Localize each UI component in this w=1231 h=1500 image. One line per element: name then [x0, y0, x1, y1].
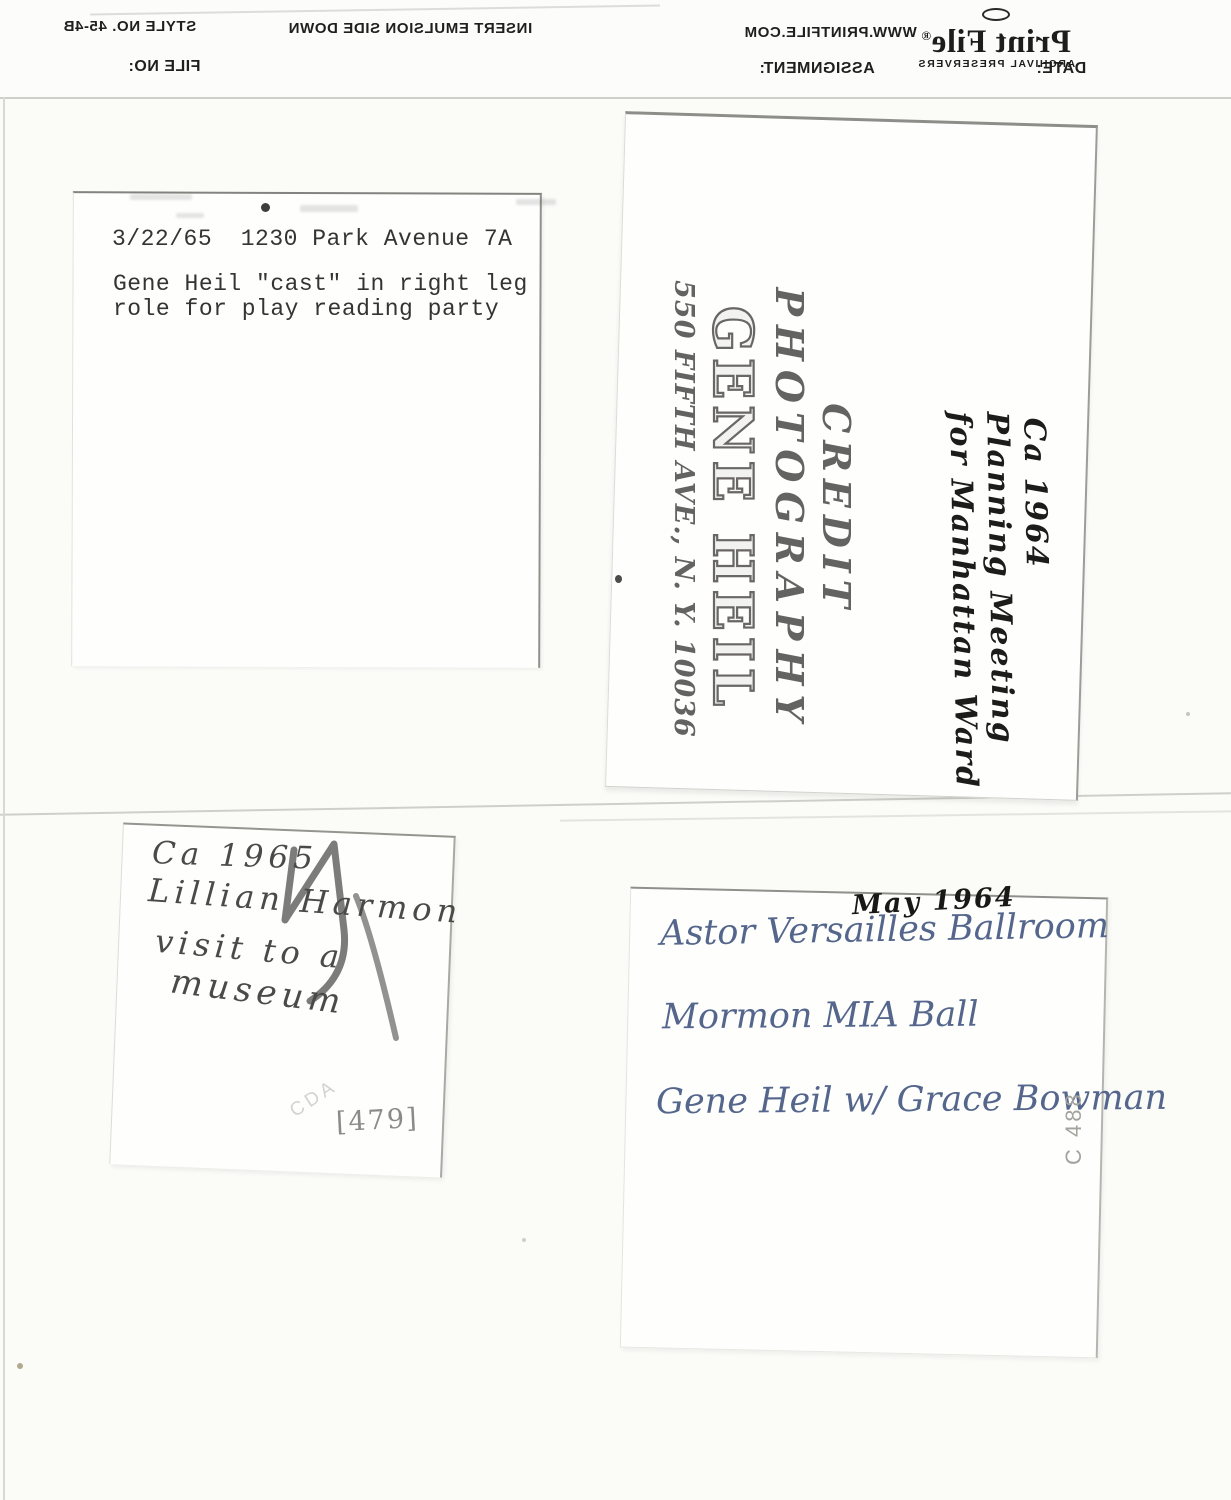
ghost-smudge [130, 194, 192, 200]
catalog-code: C 488 [1061, 1073, 1087, 1165]
printfile-logo: Print File® ARCHIVAL PRESERVERS [905, 8, 1087, 70]
catalog-number: [479] [335, 1103, 419, 1138]
typewritten-caption-line: role for play reading party [113, 296, 499, 322]
assignment-label: ASSIGNMENT: [759, 60, 875, 78]
stamp-line-address: 550 FIFTH AVE., N. Y. 10036 [665, 279, 701, 739]
punch-dot [261, 203, 270, 212]
ghost-smudge [300, 205, 358, 212]
ghost-smudge [516, 199, 556, 205]
seam-flap-bottom [0, 97, 1231, 99]
typewritten-caption-line: Gene Heil "cast" in right leg [113, 271, 528, 297]
seam-middle-secondary [560, 810, 1231, 821]
page-left-edge [3, 97, 5, 1500]
registered-mark-icon: ® [921, 28, 931, 43]
credit-stamp: CREDIT PHOTOGRAPHY GENE HEIL 550 FIFTH A… [665, 279, 859, 739]
note-line: Mormon MIA Ball [662, 995, 979, 1038]
website-url: WWW.PRINTFILE.COM [744, 24, 917, 41]
stamp-line-credit: CREDIT [813, 279, 859, 739]
paper-speck [17, 1363, 23, 1369]
paper-speck [522, 1238, 526, 1242]
sleeve-flap: STYLE NO. 45-4B FILE NO: INSERT EMULSION… [0, 0, 1231, 97]
photo-card-top-left [71, 191, 542, 668]
stamp-line-photography: PHOTOGRAPHY [765, 279, 813, 739]
ghost-smudge [176, 213, 204, 218]
note-line: Ca 1964 [1015, 417, 1059, 792]
note-line: Gene Heil w/ Grace Bowman [656, 1078, 1167, 1122]
logo-oval-icon [982, 8, 1010, 21]
typewritten-caption-line: 3/22/65 1230 Park Avenue 7A [112, 226, 512, 252]
ink-blot [615, 575, 622, 583]
scribble-mark [272, 838, 402, 1048]
logo-wordmark: Print File® [905, 21, 1087, 57]
paper-speck [1186, 712, 1190, 716]
file-no-label: FILE NO: [128, 58, 200, 76]
note-line: Astor Versailles Ballroom [660, 906, 1110, 954]
logo-brand-text: Print File [931, 24, 1071, 60]
photo-card-bottom-right [620, 887, 1108, 1359]
stamp-line-name: GENE HEIL [701, 279, 765, 739]
style-no-label: STYLE NO. 45-4B [63, 18, 196, 35]
note-line: Planning Meeting [978, 411, 1022, 792]
handwritten-note-top-right: Ca 1964 Planning Meeting for Manhattan W… [945, 412, 1056, 792]
note-line: for Manhattan Ward [941, 411, 985, 792]
logo-tagline: ARCHIVAL PRESERVERS [905, 58, 1087, 70]
emulsion-instruction: INSERT EMULSION SIDE DOWN [288, 20, 532, 37]
archival-sleeve-scan: STYLE NO. 45-4B FILE NO: INSERT EMULSION… [0, 0, 1231, 1500]
